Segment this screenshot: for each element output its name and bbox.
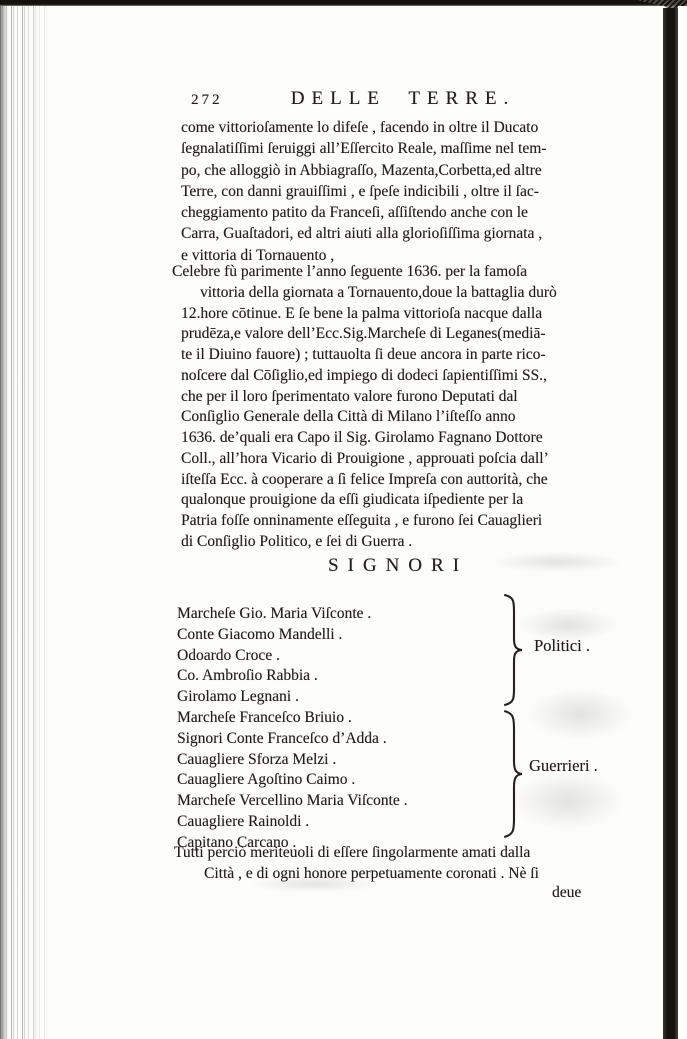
text-line: te il Diuino fauore) ; tuttauolta ſi deu… <box>181 345 629 366</box>
page-top-edge-shadow <box>0 0 687 6</box>
politici-group-label: Politici . <box>534 636 590 656</box>
name-list-item: Co. Ambroſio Rabbia . <box>177 666 507 687</box>
text-line: ſegnalatiſſimi ſeruiggi all’Eſſercito Re… <box>181 138 629 159</box>
bleedthrough-smudge <box>512 772 624 830</box>
name-list-item: Signori Conte Franceſco d’Adda . <box>177 729 507 750</box>
closing-paragraph: Tutti perciò meriteuoli di eſſere ſingol… <box>181 842 629 884</box>
book-page-scan: 272 DELLE TERRE. come vittorioſamente lo… <box>0 0 687 1039</box>
name-list-item: Marcheſe Franceſco Briuio . <box>177 708 507 729</box>
scan-right-margin <box>678 6 687 1039</box>
text-line: Città , e di ogni honore perpetuamente c… <box>204 863 629 884</box>
page-right-edge-shadow <box>663 8 678 1039</box>
text-line: po, che alloggiò in Abbiagraſſo, Mazenta… <box>181 160 629 181</box>
name-list-item: Marcheſe Gio. Maria Viſconte . <box>177 604 507 625</box>
name-list-item: Conte Giacomo Mandelli . <box>177 625 507 646</box>
guerrieri-group-label: Guerrieri . <box>529 756 598 776</box>
book-gutter-edge <box>0 6 8 1039</box>
paragraph-celebre: Celebre fù parimente l’anno ſeguente 163… <box>181 262 629 553</box>
name-list-item: Cauagliere Sforza Melzi . <box>177 750 507 771</box>
bleedthrough-smudge <box>528 688 632 740</box>
text-line: cheggiamento patito da Franceſi, aſſiſte… <box>181 202 629 223</box>
text-line: Conſiglio Generale della Città di Milano… <box>181 407 629 428</box>
name-list-item: Marcheſe Vercellino Maria Viſconte . <box>177 791 507 812</box>
text-line: come vittorioſamente lo difeſe , facendo… <box>181 117 629 138</box>
text-line: iſteſſa Ecc. à cooperare a ſì felice Imp… <box>181 470 629 491</box>
name-list-item: Cauagliere Rainoldi . <box>177 812 507 833</box>
guerrieri-brace-icon <box>502 710 524 838</box>
text-line: 12.hore cōtinue. E ſe bene la palma vitt… <box>181 304 629 325</box>
signori-name-list: Marcheſe Gio. Maria Viſconte .Conte Giac… <box>177 604 507 854</box>
text-line: qualonque prouigione da eſſi giudicata i… <box>181 490 629 511</box>
text-line: vittoria della giornata a Tornauento,dou… <box>200 283 629 304</box>
politici-brace-icon <box>502 594 524 706</box>
name-list-item: Girolamo Legnani . <box>177 687 507 708</box>
paragraph-opening: come vittorioſamente lo difeſe , facendo… <box>181 117 629 266</box>
running-title: DELLE TERRE. <box>183 88 623 110</box>
text-line: noſcere dal Cōſiglio,ed impiego di dodec… <box>181 366 629 387</box>
text-line: 1636. de’quali era Capo il Sig. Girolamo… <box>181 428 629 449</box>
book-gutter-streaks <box>0 6 54 1039</box>
text-line: Tutti perciò meriteuoli di eſſere ſingol… <box>174 842 629 863</box>
text-line: Terre, con danni grauiſſimi , e ſpeſe in… <box>181 181 629 202</box>
catchword: deue <box>552 884 581 902</box>
text-line: Carra, Guaſtadori, ed altri aiuti alla g… <box>181 223 629 244</box>
text-line: Celebre fù parimente l’anno ſeguente 163… <box>172 262 629 283</box>
text-line: prudēza,e valore dell’Ecc.Sig.Marcheſe d… <box>181 324 629 345</box>
section-heading: SIGNORI <box>183 555 613 577</box>
text-line: che per il loro ſperimentato valore furo… <box>181 387 629 408</box>
text-line: Patria foſſe onninamente eſſeguita , e f… <box>181 511 629 532</box>
name-list-item: Odoardo Croce . <box>177 646 507 667</box>
text-line: di Conſiglio Politico, e ſei di Guerra . <box>181 532 629 553</box>
name-list-item: Cauagliere Agoſtino Caimo . <box>177 770 507 791</box>
text-line: Coll., all’hora Vicario di Prouigione , … <box>181 449 629 470</box>
